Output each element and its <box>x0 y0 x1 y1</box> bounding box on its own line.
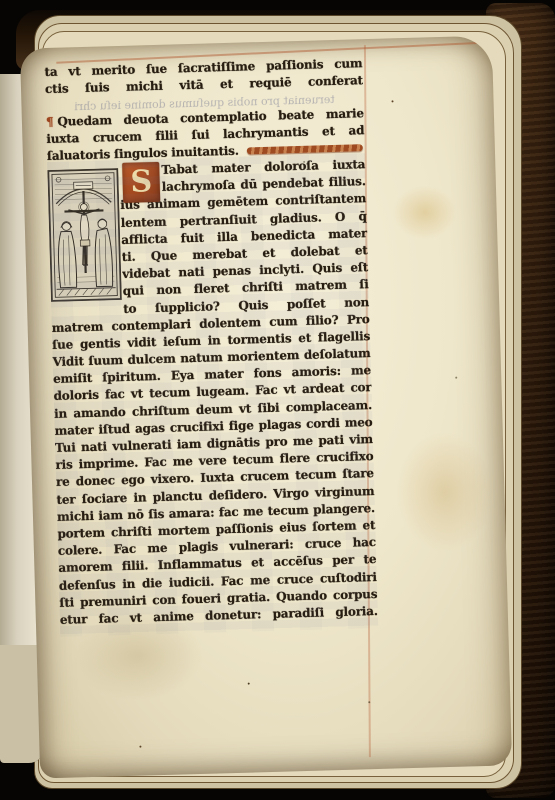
rubric-line-filler <box>247 145 363 155</box>
stabat-mater-text: S Tabat mater doloroſa iuxta crucē lachr… <box>47 156 378 635</box>
text-block: ta vt merito ſue ſacratiſſime paſſionis … <box>44 55 379 664</box>
stain <box>392 185 457 241</box>
rubric-pilcrow: ¶ <box>46 115 58 129</box>
stain <box>395 431 494 554</box>
manuscript-page: ta vt merito ſue ſacratiſſime paſſionis … <box>20 36 512 779</box>
rubricated-initial-s: S <box>122 162 160 203</box>
crucifixion-woodcut <box>47 168 122 302</box>
photograph-of-open-book: { "manuscript": { "opening": { "lines": … <box>0 0 555 800</box>
